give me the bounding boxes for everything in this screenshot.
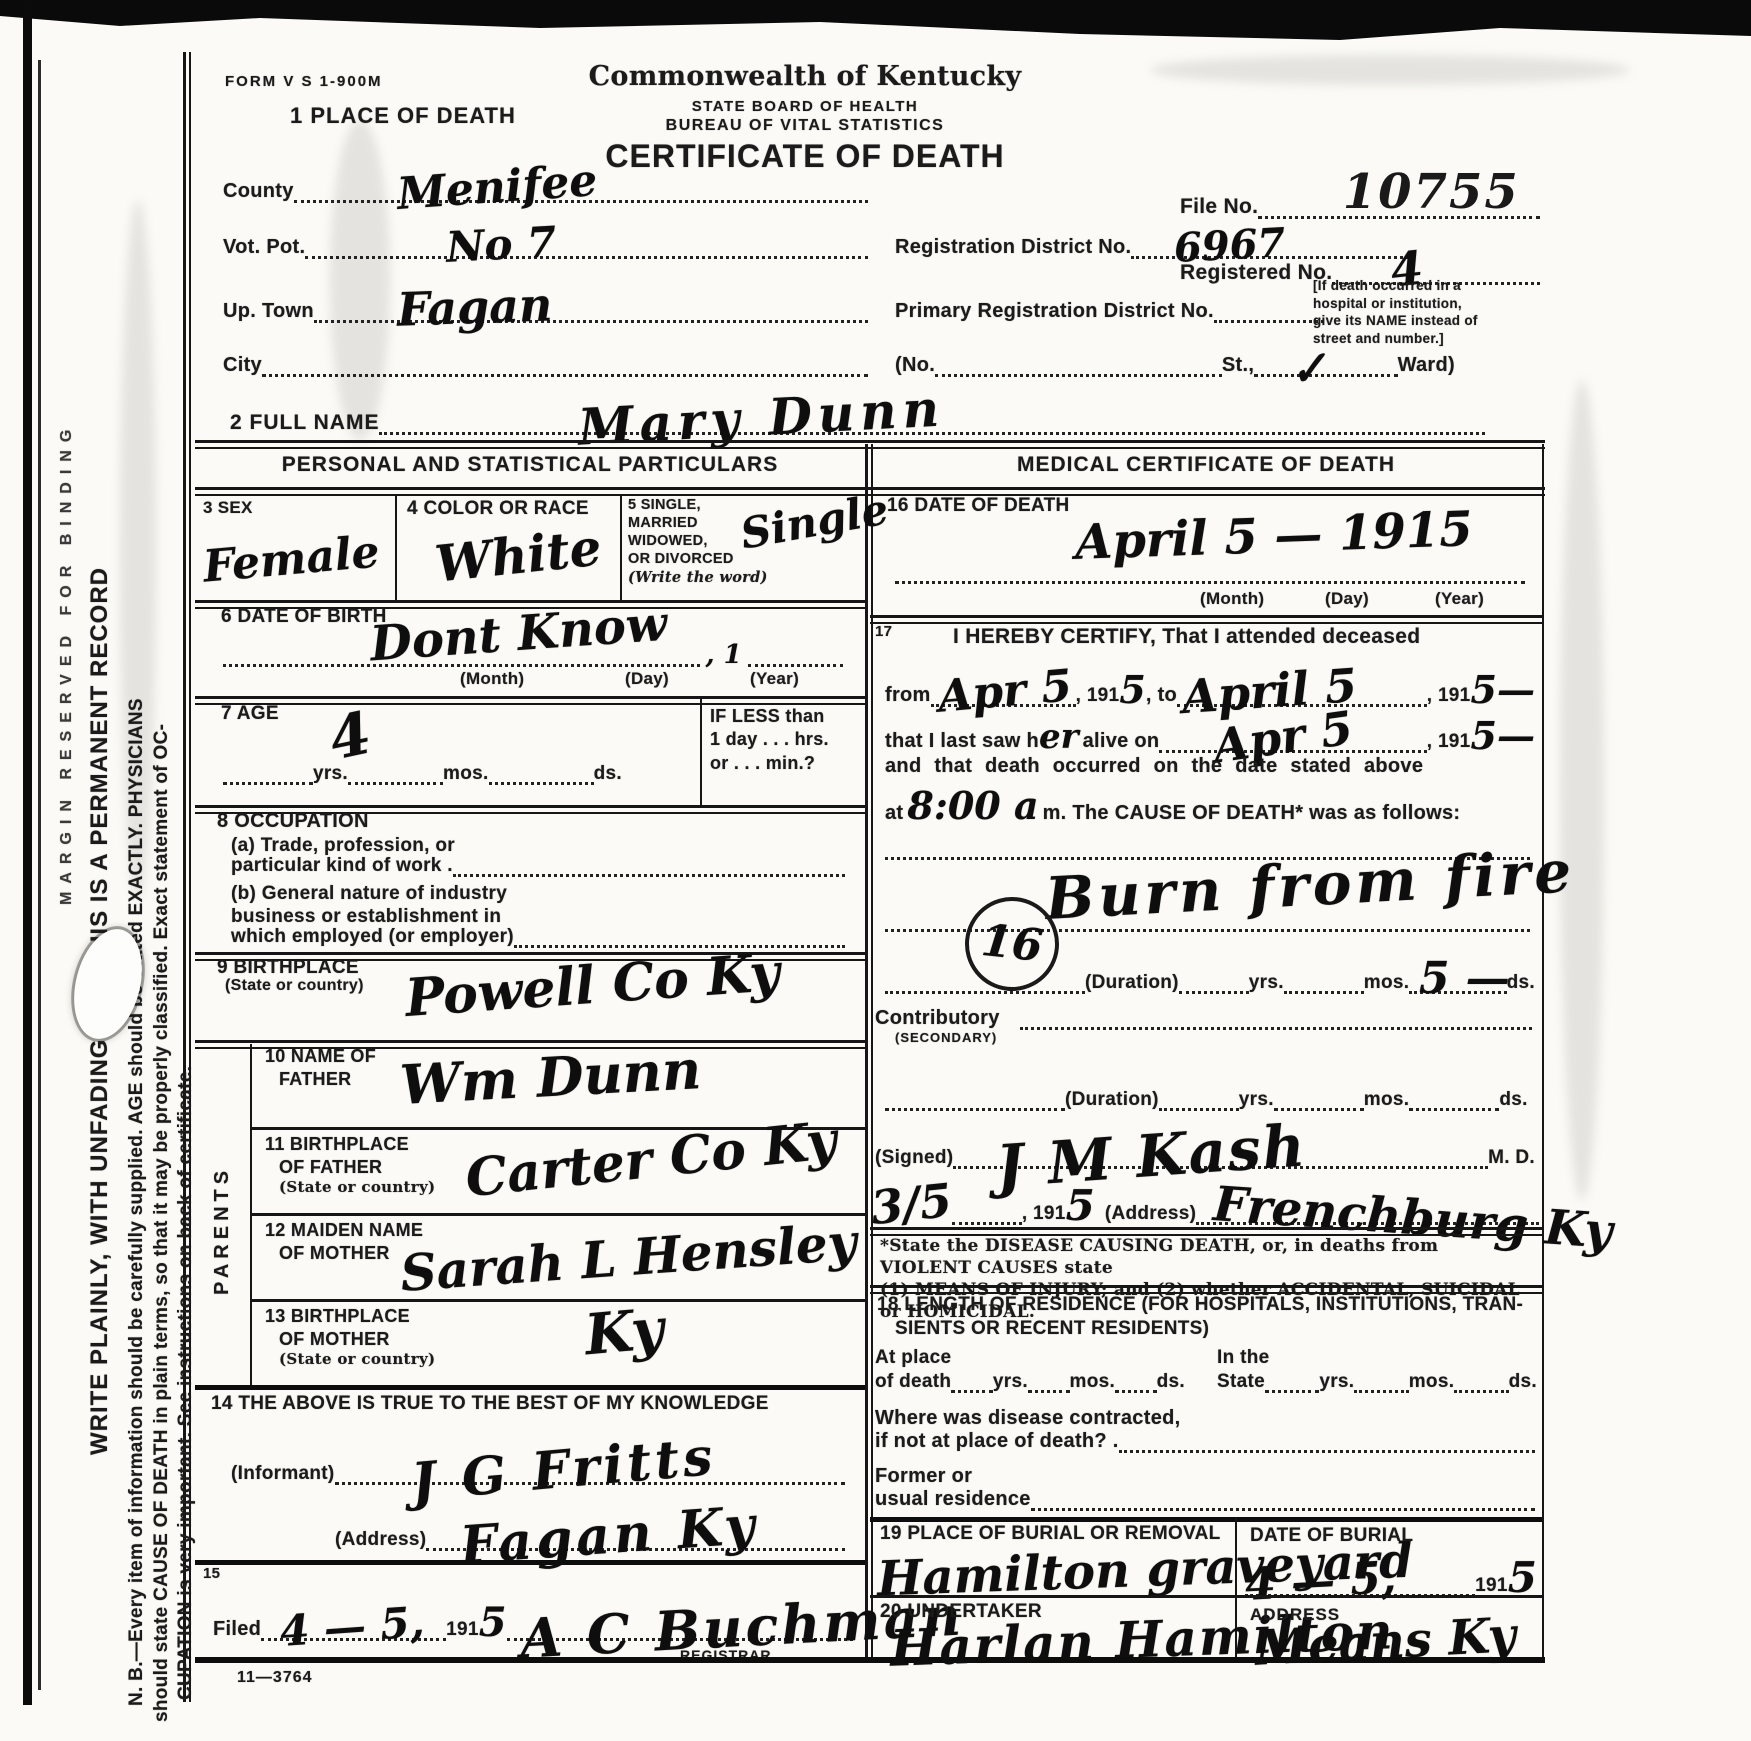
if-less-line: IF LESS than xyxy=(710,705,860,728)
certify-statement: I HEREBY CERTIFY, That I attended deceas… xyxy=(953,625,1420,649)
md-label: M. D. xyxy=(1488,1147,1535,1169)
margin-nb-line3: CUPATION is very important. See instruct… xyxy=(175,1066,197,1700)
primary-registration-row: Primary Registration District No. xyxy=(895,267,1325,323)
city-row: City xyxy=(223,327,868,377)
dotted-leader xyxy=(1179,985,1249,994)
vot-pot-value: No 7 xyxy=(445,223,557,267)
year-printed: , 191 xyxy=(1022,1203,1066,1225)
margin-nb-line1: N. B.—Every item of information should b… xyxy=(126,698,148,1706)
dotted-leader: Fagan xyxy=(314,314,868,323)
town-row: Up. Town Fagan xyxy=(223,267,868,323)
death-occurred-text: and that death occurred on the date stat… xyxy=(885,755,1423,778)
cell-divider xyxy=(395,494,397,600)
dotted-leader xyxy=(514,939,845,948)
race-label: 4 COLOR OR RACE xyxy=(407,498,589,520)
commonwealth-title: Commonwealth of Kentucky xyxy=(515,61,1095,92)
dotted-leader: Fagan Ky xyxy=(426,1542,845,1551)
month-sublabel: (Month) xyxy=(1200,589,1264,609)
filed-row: Filed 4 — 5, 191 5 A C Buchman xyxy=(213,1571,853,1641)
age-label: 7 AGE xyxy=(221,703,279,725)
former-residence-line2: usual residence xyxy=(875,1485,1535,1511)
section-place-of-death: 1 PLACE OF DEATH xyxy=(290,103,516,128)
scan-smudge xyxy=(1560,380,1604,1200)
year-printed: , 191 xyxy=(1076,685,1120,707)
dotted-leader xyxy=(952,1216,1022,1225)
dotted-leader xyxy=(1028,1384,1070,1393)
father-birthplace-label-line: 11 BIRTHPLACE xyxy=(265,1133,435,1156)
informant-label: (Informant) xyxy=(231,1463,335,1485)
father-birthplace-label-line: OF FATHER xyxy=(265,1156,435,1179)
cause-duration-months: 5 — xyxy=(1419,959,1510,999)
attended-from-year: 5 xyxy=(1119,673,1145,707)
dob-line: , 1 xyxy=(223,655,843,667)
dotted-leader xyxy=(885,1102,1065,1111)
at-label: at xyxy=(885,802,903,825)
attest-statement: 14 THE ABOVE IS TRUE TO THE BEST OF MY K… xyxy=(211,1393,769,1415)
dotted-leader xyxy=(453,868,845,877)
in-the-label: In the xyxy=(1217,1347,1269,1369)
print-code: 11—3764 xyxy=(237,1669,313,1687)
mos-label: mos. xyxy=(443,763,489,785)
cell-divider xyxy=(620,494,622,600)
mos-label: mos. xyxy=(1364,1089,1410,1111)
bureau-title: BUREAU OF VITAL STATISTICS xyxy=(515,117,1095,135)
burial-year-printed: 191 xyxy=(1475,1575,1508,1597)
occupation-b-line1: (b) General nature of industry xyxy=(231,883,507,905)
dotted-leader: J G Fritts xyxy=(335,1476,845,1485)
occupation-a-line2: particular kind of work . xyxy=(231,851,845,877)
dotted-leader xyxy=(1284,985,1364,994)
last-saw-her: er xyxy=(1039,722,1079,753)
if-less-note: IF LESS than 1 day . . . hrs. or . . . m… xyxy=(710,705,860,775)
signed-address-label: (Address) xyxy=(1095,1203,1196,1225)
birthplace-sublabel: (State or country) xyxy=(225,977,364,995)
dotted-leader xyxy=(348,776,443,785)
alive-on-text: alive on xyxy=(1079,730,1160,753)
state-board-title: STATE BOARD OF HEALTH xyxy=(515,98,1095,115)
attended-dates-row: from Apr 5 , 191 5 , to April 5 , 191 5— xyxy=(885,661,1535,707)
scan-top-band xyxy=(0,0,1751,48)
dotted-leader: April 5 xyxy=(1177,698,1427,707)
mother-birthplace-label-line: 13 BIRTHPLACE xyxy=(265,1305,435,1328)
dotted-leader: Frenchburg Ky xyxy=(1196,1216,1539,1225)
vot-pot-row: Vot. Pot. No 7 xyxy=(223,207,868,259)
column-divider xyxy=(865,444,873,1657)
occupation-b-line3-text: which employed (or employer) xyxy=(231,926,514,948)
dotted-leader xyxy=(951,1384,993,1393)
street-ward-row: (No. St., Ward) xyxy=(895,327,1455,377)
mother-birthplace-label-line: OF MOTHER xyxy=(265,1328,435,1351)
dotted-leader xyxy=(748,658,843,667)
yrs-label: yrs. xyxy=(1249,972,1284,994)
duration-label: (Duration) xyxy=(1065,1089,1159,1111)
month-sublabel: (Month) xyxy=(460,669,524,689)
dotted-leader xyxy=(1115,1384,1157,1393)
burial-date-row: 4 — 5, 191 5 xyxy=(1245,1553,1537,1597)
disease-contracted-line2-text: if not at place of death? . xyxy=(875,1430,1119,1453)
secondary-duration-row: (Duration) yrs. mos. ds. xyxy=(885,1077,1535,1111)
signed-date-address-row: 3/5 , 191 5 (Address) Frenchburg Ky xyxy=(871,1173,1539,1225)
year-sublabel: (Year) xyxy=(1435,589,1484,609)
mother-name-value: Sarah L Hensley xyxy=(399,1219,858,1296)
dotted-leader: No 7 xyxy=(305,250,868,259)
dotted-leader xyxy=(1031,1502,1535,1511)
death-certificate-scan: MARGIN RESERVED FOR BINDING WRITE PLAINL… xyxy=(0,0,1751,1741)
disease-contracted-line2: if not at place of death? . xyxy=(875,1427,1535,1453)
day-sublabel: (Day) xyxy=(625,669,669,689)
registration-district-label: Registration District No. xyxy=(895,236,1131,259)
scan-left-edge-thin xyxy=(38,60,41,1690)
last-saw-text: that I last saw h xyxy=(885,730,1039,753)
signed-year-value: 5 xyxy=(1066,1187,1095,1225)
dotted-leader xyxy=(885,985,1085,994)
filed-year-printed: 191 xyxy=(446,1619,479,1641)
signed-label: (Signed) xyxy=(875,1147,953,1169)
to-label: , to xyxy=(1146,684,1177,707)
ds-label: ds. xyxy=(1509,1371,1537,1393)
age-units-line: yrs. mos. ds. xyxy=(223,755,683,785)
father-name-label-line: FATHER xyxy=(265,1068,376,1091)
dotted-leader xyxy=(223,658,700,667)
filed-year-handwritten: 5 xyxy=(479,1605,507,1641)
residence-length-line: SIENTS OR RECENT RESIDENTS) xyxy=(877,1317,1537,1341)
burial-date-label: DATE OF BURIAL xyxy=(1250,1525,1413,1547)
time-of-death-value: 8:00 a xyxy=(903,789,1042,823)
dotted-leader: 4 — 5, xyxy=(261,1632,446,1641)
rule xyxy=(870,1517,1542,1522)
sex-label: 3 SEX xyxy=(203,498,253,518)
primary-registration-label: Primary Registration District No. xyxy=(895,300,1214,323)
yrs-label: yrs. xyxy=(993,1371,1028,1393)
contributory-label: Contributory xyxy=(875,1007,1000,1030)
dotted-leader: A C Buchman xyxy=(507,1632,853,1641)
dotted-leader xyxy=(1454,1384,1508,1393)
margin-nb-line2: should state CAUSE OF DEATH in plain ter… xyxy=(151,724,173,1722)
in-state-duration-row: State yrs. mos. ds. xyxy=(1217,1367,1537,1393)
from-label: from xyxy=(885,684,931,707)
residence-length-label: 18 LENGTH OF RESIDENCE (FOR HOSPITALS, I… xyxy=(877,1293,1537,1341)
ds-label: ds. xyxy=(1507,972,1535,994)
ds-label: ds. xyxy=(1157,1371,1185,1393)
dotted-leader xyxy=(1265,1384,1319,1393)
last-saw-alive-row: that I last saw h er alive on Apr 5 , 19… xyxy=(885,709,1535,753)
signed-date-value: 3/5 xyxy=(869,1179,954,1229)
birthplace-label: 9 BIRTHPLACE xyxy=(217,957,359,979)
form-code: FORM V S 1-900M xyxy=(225,73,383,90)
dotted-leader: J M Kash xyxy=(953,1160,1488,1169)
parents-vertical-label: PARENTS xyxy=(211,1166,234,1295)
town-value: Fagan xyxy=(396,284,553,331)
if-less-line: 1 day . . . hrs. xyxy=(710,728,860,751)
residence-length-line: 18 LENGTH OF RESIDENCE (FOR HOSPITALS, I… xyxy=(877,1293,1537,1317)
year-sublabel: (Year) xyxy=(750,669,799,689)
marital-sub-label: (Write the word) xyxy=(628,569,768,587)
violent-causes-note-line: *State the DISEASE CAUSING DEATH, or, in… xyxy=(880,1235,1535,1279)
rule xyxy=(195,696,865,705)
last-saw-year: 5— xyxy=(1471,719,1535,753)
day-sublabel: (Day) xyxy=(1325,589,1369,609)
rule xyxy=(250,1213,865,1216)
town-label: Up. Town xyxy=(223,300,314,323)
dotted-leader xyxy=(1020,1021,1532,1030)
undertaker-address-value: Means Ky xyxy=(1254,1614,1517,1671)
yrs-label: yrs. xyxy=(1319,1371,1354,1393)
county-label: County xyxy=(223,180,294,203)
time-cause-row: at 8:00 a m. The CAUSE OF DEATH* was as … xyxy=(885,789,1535,829)
form-right-edge xyxy=(1542,444,1544,1657)
date-of-death-label: 16 DATE OF DEATH xyxy=(887,495,1070,517)
dotted-leader: Mary Dunn xyxy=(379,426,1485,435)
mother-birthplace-label: 13 BIRTHPLACE OF MOTHER (State or countr… xyxy=(265,1305,435,1369)
mother-name-label-line: 12 MAIDEN NAME xyxy=(265,1219,423,1242)
year-printed: , 191 xyxy=(1427,731,1471,753)
cell-divider xyxy=(700,696,702,805)
mos-label: mos. xyxy=(1364,972,1410,994)
dotted-leader xyxy=(1409,1102,1499,1111)
duration-label: (Duration) xyxy=(1085,972,1179,994)
dotted-leader: Apr 5 xyxy=(1159,744,1426,753)
dotted-leader xyxy=(489,776,594,785)
dotted-leader xyxy=(895,575,1525,584)
hospital-note-line: hospital or institution, xyxy=(1313,295,1553,313)
dotted-leader xyxy=(1159,1102,1239,1111)
personal-section-title: PERSONAL AND STATISTICAL PARTICULARS xyxy=(195,453,865,477)
secondary-sublabel: (SECONDARY) xyxy=(895,1031,997,1046)
certificate-form: FORM V S 1-900M 1 PLACE OF DEATH Commonw… xyxy=(195,55,1545,1680)
mos-label: mos. xyxy=(1070,1371,1116,1393)
cause-duration-row: (Duration) yrs. mos. 5 — ds. xyxy=(885,960,1535,994)
year-printed: , 191 xyxy=(1427,685,1471,707)
filed-label: Filed xyxy=(213,1618,261,1641)
checkmark-annotation: ✓ xyxy=(1287,348,1329,392)
race-value: White xyxy=(433,524,603,586)
margin-binding-text: MARGIN RESERVED FOR BINDING xyxy=(58,422,76,905)
full-name-label: 2 FULL NAME xyxy=(230,411,379,435)
dotted-leader: 5 — xyxy=(1409,985,1506,994)
rule xyxy=(195,1385,865,1390)
ds-label: ds. xyxy=(1499,1089,1527,1111)
informant-address-label: (Address) xyxy=(335,1529,426,1551)
father-birthplace-sublabel: (State or country) xyxy=(265,1178,435,1197)
rule xyxy=(250,1299,865,1302)
ds-label: ds. xyxy=(594,763,622,785)
item-17-number: 17 xyxy=(875,623,892,640)
vot-pot-label: Vot. Pot. xyxy=(223,236,305,259)
mos-label: mos. xyxy=(1409,1371,1455,1393)
burial-date-value: 4 — 5, xyxy=(1244,1558,1397,1605)
yrs-label: yrs. xyxy=(1239,1089,1274,1111)
if-less-line: or . . . min.? xyxy=(710,752,860,775)
rule xyxy=(870,615,1542,624)
burial-year-value: 5 xyxy=(1508,1559,1537,1597)
former-residence-line2-text: usual residence xyxy=(875,1488,1031,1511)
dotted-leader xyxy=(1354,1384,1408,1393)
attended-to-year: 5— xyxy=(1471,673,1535,707)
mother-birthplace-sublabel: (State or country) xyxy=(265,1350,435,1369)
father-birthplace-label: 11 BIRTHPLACE OF FATHER (State or countr… xyxy=(265,1133,435,1197)
date-of-death-value: April 5 — 1915 xyxy=(1074,508,1473,565)
county-row: County Menifee xyxy=(223,151,868,203)
scan-left-edge xyxy=(23,0,32,1705)
state-label: State xyxy=(1217,1371,1265,1393)
dob-label: 6 DATE OF BIRTH xyxy=(221,606,387,628)
father-birthplace-value: Carter Co Ky xyxy=(464,1118,839,1203)
informant-address-row: (Address) Fagan Ky xyxy=(335,1493,845,1551)
father-name-value: Wm Dunn xyxy=(399,1045,702,1109)
yrs-label: yrs. xyxy=(313,763,348,785)
occupation-a-line2-text: particular kind of work . xyxy=(231,855,453,877)
medical-section-title: MEDICAL CERTIFICATE OF DEATH xyxy=(870,453,1542,477)
dotted-leader xyxy=(1274,1102,1364,1111)
signed-row: (Signed) J M Kash M. D. xyxy=(875,1113,1535,1169)
informant-row: (Informant) J G Fritts xyxy=(231,1427,845,1485)
rule xyxy=(870,1595,1542,1598)
sex-value: Female xyxy=(202,532,381,587)
cause-of-death-intro: m. The CAUSE OF DEATH* was as follows: xyxy=(1043,802,1461,825)
mother-birthplace-value: Ky xyxy=(583,1304,666,1361)
occupation-label: 8 OCCUPATION xyxy=(217,810,369,833)
father-name-label-line: 10 NAME OF xyxy=(265,1045,376,1068)
dotted-leader xyxy=(1119,1444,1535,1453)
dob-year-mark: , 1 xyxy=(700,644,748,667)
of-death-label: of death xyxy=(875,1371,951,1393)
at-place-duration-row: of death yrs. mos. ds. xyxy=(875,1367,1185,1393)
dotted-leader xyxy=(1214,314,1324,323)
dotted-leader xyxy=(223,776,313,785)
hospital-note-line: [If death occurred in a xyxy=(1313,277,1553,295)
filed-date-value: 4 — 5, xyxy=(279,1603,426,1651)
rule xyxy=(195,1560,865,1565)
father-name-label: 10 NAME OF FATHER xyxy=(265,1045,376,1090)
dotted-leader: Menifee xyxy=(294,194,868,203)
dotted-leader: Apr 5 xyxy=(931,698,1076,707)
